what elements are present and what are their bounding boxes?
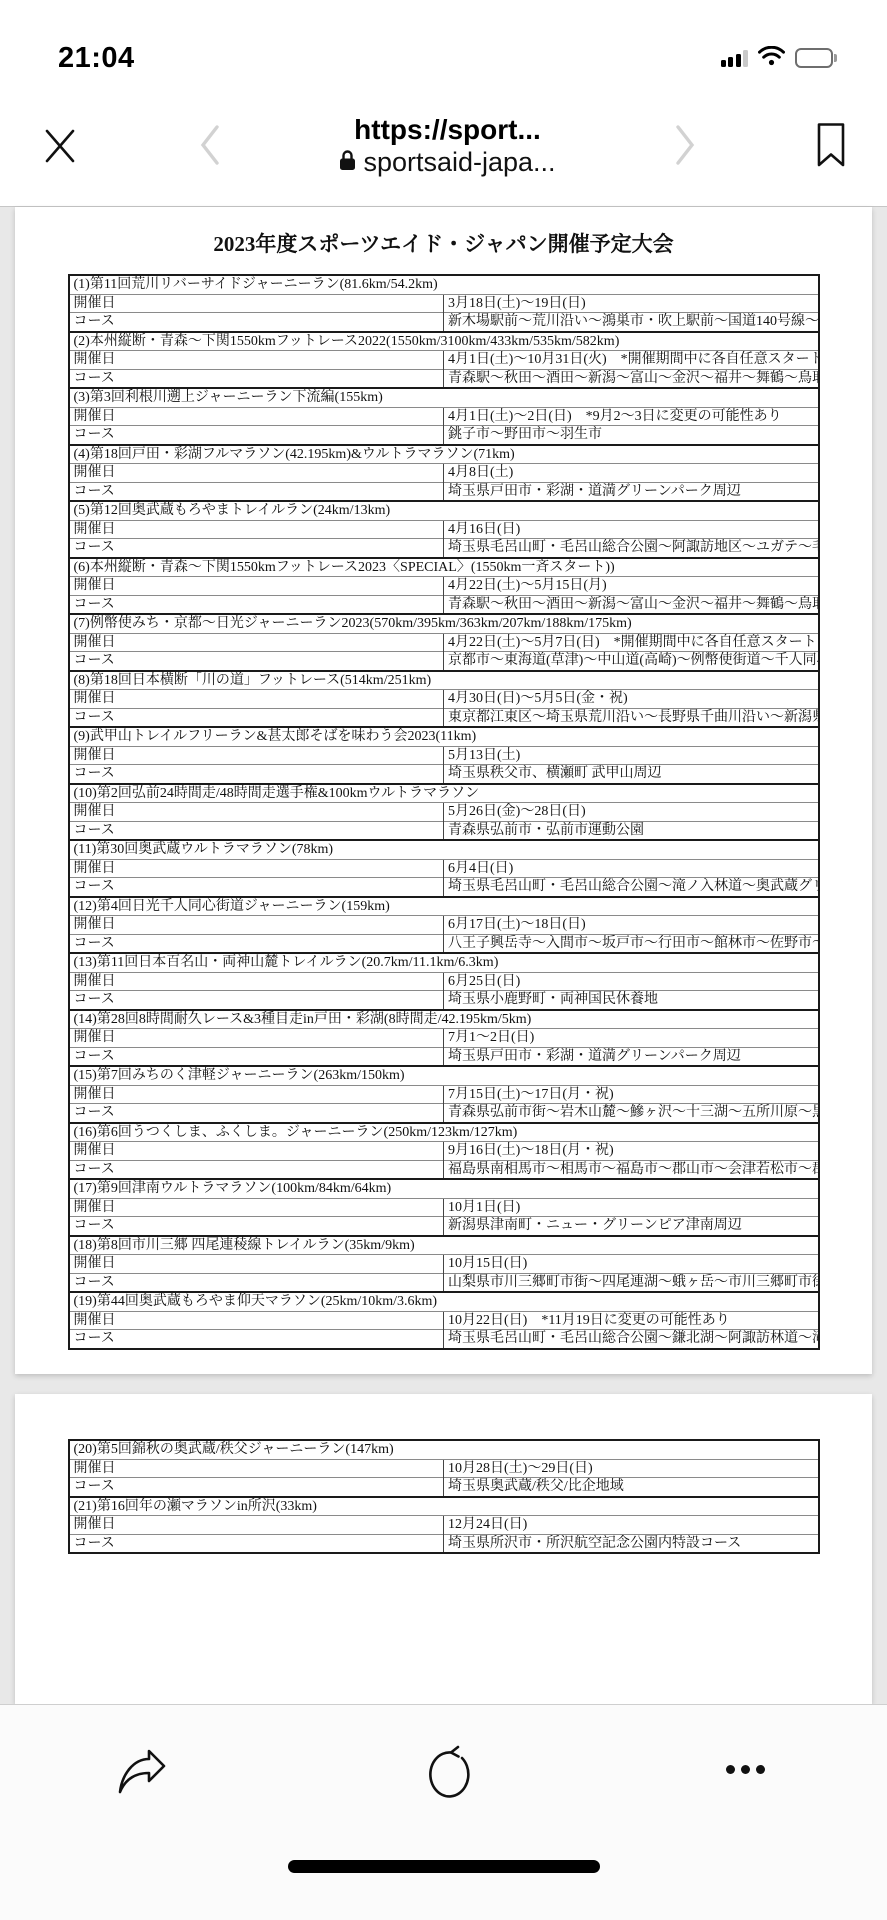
event-title: (5)第12回奥武蔵もろやまトレイルラン(24km/13km) — [69, 501, 819, 520]
event-date: 7月15日(土)〜17日(月・祝) — [444, 1085, 819, 1104]
event-date: 4月22日(土)〜5月7日(日) *開催期間中に各自任意スタート — [444, 633, 819, 652]
event-title: (15)第7回みちのく津軽ジャーニーラン(263km/150km) — [69, 1066, 819, 1085]
events-table-page2: (20)第5回錦秋の奥武蔵/秩父ジャーニーラン(147km)開催日10月28日(… — [68, 1439, 820, 1554]
course-label: コース — [69, 1160, 444, 1179]
event-date-row: 開催日4月1日(土)〜10月31日(火) *開催期間中に各自任意スタート — [69, 351, 819, 370]
page-break — [15, 1374, 872, 1394]
course-label: コース — [69, 426, 444, 445]
course-label: コース — [69, 1478, 444, 1497]
date-label: 開催日 — [69, 690, 444, 709]
forward-chevron-icon — [673, 122, 697, 171]
web-content[interactable]: 2023年度スポーツエイド・ジャパン開催予定大会 (1)第11回荒川リバーサイド… — [0, 207, 887, 1704]
event-title: (13)第11回日本百名山・両神山麓トレイルラン(20.7km/11.1km/6… — [69, 953, 819, 972]
course-label: コース — [69, 1104, 444, 1123]
course-label: コース — [69, 652, 444, 671]
event-date: 4月16日(日) — [444, 520, 819, 539]
event-title-row: (9)武甲山トレイルフリーラン&甚太郎そばを味わう会2023(11km) — [69, 727, 819, 746]
event-date: 6月17日(土)〜18日(日) — [444, 916, 819, 935]
event-title-row: (10)第2回弘前24時間走/48時間走選手権&100kmウルトラマラソン — [69, 784, 819, 803]
event-course-row: コース新潟県津南町・ニュー・グリーンピア津南周辺 — [69, 1217, 819, 1236]
close-button[interactable] — [40, 123, 80, 170]
event-title: (21)第16回年の瀬マラソンin所沢(33km) — [69, 1497, 819, 1516]
event-course-row: コース青森県弘前市街〜岩木山麓〜鰺ヶ沢〜十三湖〜五所川原〜黒石〜田舎館〜弘前市街 — [69, 1104, 819, 1123]
event-course-row: コース埼玉県奥武蔵/秩父/比企地域 — [69, 1478, 819, 1497]
event-title-row: (8)第18回日本横断「川の道」フットレース(514km/251km) — [69, 671, 819, 690]
status-time: 21:04 — [58, 42, 135, 75]
document-page-2: (20)第5回錦秋の奥武蔵/秩父ジャーニーラン(147km)開催日10月28日(… — [15, 1394, 872, 1704]
course-label: コース — [69, 1273, 444, 1292]
event-title-row: (12)第4回日光千人同心街道ジャーニーラン(159km) — [69, 897, 819, 916]
event-date: 10月28日(土)〜29日(日) — [444, 1459, 819, 1478]
status-bar: 21:04 — [0, 0, 887, 90]
event-course-row: コース青森駅〜秋田〜酒田〜新潟〜富山〜金沢〜福井〜舞鶴〜鳥取〜松江〜山口〜下関駅 — [69, 369, 819, 388]
event-date: 10月1日(日) — [444, 1198, 819, 1217]
event-date: 4月8日(土) — [444, 464, 819, 483]
lock-icon — [339, 146, 356, 178]
event-title-row: (6)本州縦断・青森〜下関1550kmフットレース2023〈SPECIAL〉(1… — [69, 558, 819, 577]
event-title-row: (16)第6回うつくしま、ふくしま。ジャーニーラン(250km/123km/12… — [69, 1123, 819, 1142]
date-label: 開催日 — [69, 407, 444, 426]
event-date-row: 開催日5月13日(土) — [69, 746, 819, 765]
date-label: 開催日 — [69, 859, 444, 878]
event-title: (8)第18回日本横断「川の道」フットレース(514km/251km) — [69, 671, 819, 690]
event-date: 5月13日(土) — [444, 746, 819, 765]
event-course: 新木場駅前〜荒川沿い〜鴻巣市・吹上駅前〜国道140号線〜西武秩父駅前 — [444, 313, 819, 332]
date-label: 開催日 — [69, 916, 444, 935]
event-course: 埼玉県戸田市・彩湖・道満グリーンパーク周辺 — [444, 482, 819, 501]
event-title: (9)武甲山トレイルフリーラン&甚太郎そばを味わう会2023(11km) — [69, 727, 819, 746]
date-label: 開催日 — [69, 464, 444, 483]
date-label: 開催日 — [69, 972, 444, 991]
event-date-row: 開催日4月22日(土)〜5月7日(日) *開催期間中に各自任意スタート — [69, 633, 819, 652]
event-date-row: 開催日9月16日(土)〜18日(月・祝) — [69, 1142, 819, 1161]
event-course-row: コース新木場駅前〜荒川沿い〜鴻巣市・吹上駅前〜国道140号線〜西武秩父駅前 — [69, 313, 819, 332]
status-icons — [721, 46, 838, 71]
event-date: 3月18日(土)〜19日(日) — [444, 294, 819, 313]
event-date-row: 開催日10月22日(日) *11月19日に変更の可能性あり — [69, 1311, 819, 1330]
event-course: 埼玉県小鹿野町・両神国民休養地 — [444, 991, 819, 1010]
event-title: (11)第30回奥武蔵ウルトラマラソン(78km) — [69, 840, 819, 859]
event-course: 新潟県津南町・ニュー・グリーンピア津南周辺 — [444, 1217, 819, 1236]
iphone-screen: 21:04 https://sport... — [0, 0, 887, 1920]
event-title: (3)第3回利根川遡上ジャーニーラン下流編(155km) — [69, 388, 819, 407]
close-icon — [40, 123, 80, 170]
event-date-row: 開催日7月15日(土)〜17日(月・祝) — [69, 1085, 819, 1104]
date-label: 開催日 — [69, 351, 444, 370]
event-date: 7月1〜2日(日) — [444, 1029, 819, 1048]
event-date: 12月24日(日) — [444, 1516, 819, 1535]
event-title: (6)本州縦断・青森〜下関1550kmフットレース2023〈SPECIAL〉(1… — [69, 558, 819, 577]
event-course: 埼玉県毛呂山町・毛呂山総合公園〜滝ノ入林道〜奥武蔵グリーンライン〜毛呂山総合公園 — [444, 878, 819, 897]
event-course-row: コース京都市〜東海道(草津)〜中山道(高崎)〜例幣使街道〜千人同心街道〜日光市 — [69, 652, 819, 671]
event-date-row: 開催日5月26日(金)〜28日(日) — [69, 803, 819, 822]
event-date-row: 開催日6月25日(日) — [69, 972, 819, 991]
event-course: 銚子市〜野田市〜羽生市 — [444, 426, 819, 445]
event-date-row: 開催日7月1〜2日(日) — [69, 1029, 819, 1048]
event-title-row: (15)第7回みちのく津軽ジャーニーラン(263km/150km) — [69, 1066, 819, 1085]
event-course-row: コース埼玉県毛呂山町・毛呂山総合公園〜鎌北湖〜阿諏訪林道〜滝ノ入林道〜毛呂山総合… — [69, 1330, 819, 1349]
event-date-row: 開催日6月17日(土)〜18日(日) — [69, 916, 819, 935]
course-label: コース — [69, 369, 444, 388]
event-course: 埼玉県戸田市・彩湖・道満グリーンパーク周辺 — [444, 1047, 819, 1066]
event-date: 10月22日(日) *11月19日に変更の可能性あり — [444, 1311, 819, 1330]
date-label: 開催日 — [69, 1516, 444, 1535]
event-date-row: 開催日4月16日(日) — [69, 520, 819, 539]
event-course: 福島県南相馬市〜相馬市〜福島市〜郡山市〜会津若松市〜郡山市 — [444, 1160, 819, 1179]
cellular-signal-icon — [721, 50, 749, 67]
event-title-row: (1)第11回荒川リバーサイドジャーニーラン(81.6km/54.2km) — [69, 275, 819, 294]
event-course-row: コース山梨県市川三郷町市街〜四尾連湖〜蛾ヶ岳〜市川三郷町市街 — [69, 1273, 819, 1292]
event-title: (20)第5回錦秋の奥武蔵/秩父ジャーニーラン(147km) — [69, 1440, 819, 1459]
event-course: 青森駅〜秋田〜酒田〜新潟〜富山〜金沢〜福井〜舞鶴〜鳥取〜松江〜山口〜下関駅 — [444, 369, 819, 388]
event-title: (7)例幣使みち・京都〜日光ジャーニーラン2023(570km/395km/36… — [69, 614, 819, 633]
date-label: 開催日 — [69, 294, 444, 313]
event-course-row: コース青森県弘前市・弘前市運動公園 — [69, 821, 819, 840]
event-date: 4月22日(土)〜5月15日(月) — [444, 577, 819, 596]
event-course-row: コース青森駅〜秋田〜酒田〜新潟〜富山〜金沢〜福井〜舞鶴〜鳥取〜松江〜山口〜下関駅 — [69, 595, 819, 614]
event-date: 4月1日(土)〜10月31日(火) *開催期間中に各自任意スタート — [444, 351, 819, 370]
event-date-row: 開催日3月18日(土)〜19日(日) — [69, 294, 819, 313]
event-title-row: (19)第44回奥武蔵もろやま仰天マラソン(25km/10km/3.6km) — [69, 1292, 819, 1311]
date-label: 開催日 — [69, 1085, 444, 1104]
event-course-row: コース埼玉県所沢市・所沢航空記念公園内特設コース — [69, 1534, 819, 1553]
course-label: コース — [69, 1330, 444, 1349]
event-date: 5月26日(金)〜28日(日) — [444, 803, 819, 822]
share-icon — [116, 1789, 170, 1804]
date-label: 開催日 — [69, 633, 444, 652]
date-label: 開催日 — [69, 1142, 444, 1161]
date-label: 開催日 — [69, 803, 444, 822]
page-title: 2023年度スポーツエイド・ジャパン開催予定大会 — [15, 228, 872, 258]
event-course-row: コース福島県南相馬市〜相馬市〜福島市〜郡山市〜会津若松市〜郡山市 — [69, 1160, 819, 1179]
course-label: コース — [69, 1217, 444, 1236]
event-date-row: 開催日4月30日(日)〜5月5日(金・祝) — [69, 690, 819, 709]
event-title-row: (13)第11回日本百名山・両神山麓トレイルラン(20.7km/11.1km/6… — [69, 953, 819, 972]
event-date: 10月15日(日) — [444, 1255, 819, 1274]
event-course: 八王子興岳寺〜入間市〜坂戸市〜行田市〜館林市〜佐野市〜栃木市〜日光東照宮 — [444, 934, 819, 953]
event-date: 6月4日(日) — [444, 859, 819, 878]
event-course-row: コース銚子市〜野田市〜羽生市 — [69, 426, 819, 445]
event-course-row: コース埼玉県戸田市・彩湖・道満グリーンパーク周辺 — [69, 482, 819, 501]
event-title-row: (3)第3回利根川遡上ジャーニーラン下流編(155km) — [69, 388, 819, 407]
event-course: 京都市〜東海道(草津)〜中山道(高崎)〜例幣使街道〜千人同心街道〜日光市 — [444, 652, 819, 671]
share-button[interactable] — [116, 1745, 170, 1804]
event-date-row: 開催日10月28日(土)〜29日(日) — [69, 1459, 819, 1478]
event-course-row: コース埼玉県戸田市・彩湖・道満グリーンパーク周辺 — [69, 1047, 819, 1066]
url-bar[interactable]: https://sport... sportsaid-japa... — [339, 114, 555, 178]
event-date: 9月16日(土)〜18日(月・祝) — [444, 1142, 819, 1161]
event-date-row: 開催日6月4日(日) — [69, 859, 819, 878]
url-domain: sportsaid-japa... — [363, 146, 555, 178]
home-indicator[interactable] — [288, 1860, 600, 1873]
reload-icon — [423, 1789, 473, 1804]
date-label: 開催日 — [69, 1198, 444, 1217]
document-page-1: 2023年度スポーツエイド・ジャパン開催予定大会 (1)第11回荒川リバーサイド… — [15, 207, 872, 1374]
course-label: コース — [69, 595, 444, 614]
event-course: 埼玉県毛呂山町・毛呂山総合公園〜鎌北湖〜阿諏訪林道〜滝ノ入林道〜毛呂山総合公園 — [444, 1330, 819, 1349]
event-date-row: 開催日4月22日(土)〜5月15日(月) — [69, 577, 819, 596]
date-label: 開催日 — [69, 1459, 444, 1478]
event-title: (4)第18回戸田・彩湖フルマラソン(42.195km)&ウルトラマラソン(71… — [69, 445, 819, 464]
bookmark-button[interactable] — [815, 122, 847, 171]
event-course: 青森県弘前市・弘前市運動公園 — [444, 821, 819, 840]
event-course: 青森駅〜秋田〜酒田〜新潟〜富山〜金沢〜福井〜舞鶴〜鳥取〜松江〜山口〜下関駅 — [444, 595, 819, 614]
event-date: 4月30日(日)〜5月5日(金・祝) — [444, 690, 819, 709]
event-date-row: 開催日12月24日(日) — [69, 1516, 819, 1535]
battery-icon — [795, 48, 837, 68]
event-title: (10)第2回弘前24時間走/48時間走選手権&100kmウルトラマラソン — [69, 784, 819, 803]
event-date: 4月1日(土)〜2日(日) *9月2〜3日に変更の可能性あり — [444, 407, 819, 426]
event-title-row: (5)第12回奥武蔵もろやまトレイルラン(24km/13km) — [69, 501, 819, 520]
course-label: コース — [69, 821, 444, 840]
course-label: コース — [69, 878, 444, 897]
event-title: (17)第9回津南ウルトラマラソン(100km/84km/64km) — [69, 1179, 819, 1198]
course-label: コース — [69, 539, 444, 558]
back-chevron-icon — [198, 122, 222, 171]
course-label: コース — [69, 708, 444, 727]
event-course-row: コース埼玉県毛呂山町・毛呂山総合公園〜阿諏訪地区〜ユガテ〜毛呂山総合公園 — [69, 539, 819, 558]
url-title: https://sport... — [339, 114, 555, 146]
bottom-toolbar — [0, 1704, 887, 1920]
event-title: (12)第4回日光千人同心街道ジャーニーラン(159km) — [69, 897, 819, 916]
event-title-row: (21)第16回年の瀬マラソンin所沢(33km) — [69, 1497, 819, 1516]
event-course: 埼玉県所沢市・所沢航空記念公園内特設コース — [444, 1534, 819, 1553]
event-title-row: (11)第30回奥武蔵ウルトラマラソン(78km) — [69, 840, 819, 859]
wifi-icon — [758, 46, 785, 71]
event-course-row: コース八王子興岳寺〜入間市〜坂戸市〜行田市〜館林市〜佐野市〜栃木市〜日光東照宮 — [69, 934, 819, 953]
event-title: (1)第11回荒川リバーサイドジャーニーラン(81.6km/54.2km) — [69, 275, 819, 294]
event-date-row: 開催日10月15日(日) — [69, 1255, 819, 1274]
bookmark-icon — [815, 122, 847, 171]
event-title-row: (4)第18回戸田・彩湖フルマラソン(42.195km)&ウルトラマラソン(71… — [69, 445, 819, 464]
date-label: 開催日 — [69, 577, 444, 596]
event-date-row: 開催日10月1日(日) — [69, 1198, 819, 1217]
event-course: 青森県弘前市街〜岩木山麓〜鰺ヶ沢〜十三湖〜五所川原〜黒石〜田舎館〜弘前市街 — [444, 1104, 819, 1123]
event-date-row: 開催日4月1日(土)〜2日(日) *9月2〜3日に変更の可能性あり — [69, 407, 819, 426]
forward-button[interactable] — [673, 122, 697, 171]
event-course-row: コース東京都江東区〜埼玉県荒川沿い〜長野県千曲川沿い〜新潟県信濃川沿い〜新潟市 — [69, 708, 819, 727]
event-title: (14)第28回8時間耐久レース&3種目走in戸田・彩湖(8時間走/42.195… — [69, 1010, 819, 1029]
browser-chrome: 21:04 https://sport... — [0, 0, 887, 207]
event-title: (2)本州縦断・青森〜下関1550kmフットレース2022(1550km/310… — [69, 332, 819, 351]
event-course: 埼玉県秩父市、横瀬町 武甲山周辺 — [444, 765, 819, 784]
event-title-row: (14)第28回8時間耐久レース&3種目走in戸田・彩湖(8時間走/42.195… — [69, 1010, 819, 1029]
event-title-row: (7)例幣使みち・京都〜日光ジャーニーラン2023(570km/395km/36… — [69, 614, 819, 633]
event-title-row: (2)本州縦断・青森〜下関1550kmフットレース2022(1550km/310… — [69, 332, 819, 351]
event-date-row: 開催日4月8日(土) — [69, 464, 819, 483]
more-icon — [726, 1765, 765, 1774]
reload-button[interactable] — [423, 1745, 473, 1804]
browser-toolbar: https://sport... sportsaid-japa... — [0, 90, 887, 206]
event-title-row: (20)第5回錦秋の奥武蔵/秩父ジャーニーラン(147km) — [69, 1440, 819, 1459]
date-label: 開催日 — [69, 1311, 444, 1330]
date-label: 開催日 — [69, 520, 444, 539]
date-label: 開催日 — [69, 1255, 444, 1274]
event-title: (19)第44回奥武蔵もろやま仰天マラソン(25km/10km/3.6km) — [69, 1292, 819, 1311]
course-label: コース — [69, 482, 444, 501]
event-title-row: (18)第8回市川三郷 四尾連稜線トレイルラン(35km/9km) — [69, 1236, 819, 1255]
course-label: コース — [69, 934, 444, 953]
event-title-row: (17)第9回津南ウルトラマラソン(100km/84km/64km) — [69, 1179, 819, 1198]
events-table-page1: (1)第11回荒川リバーサイドジャーニーラン(81.6km/54.2km)開催日… — [68, 274, 820, 1350]
course-label: コース — [69, 1534, 444, 1553]
event-course-row: コース埼玉県秩父市、横瀬町 武甲山周辺 — [69, 765, 819, 784]
event-course: 埼玉県毛呂山町・毛呂山総合公園〜阿諏訪地区〜ユガテ〜毛呂山総合公園 — [444, 539, 819, 558]
event-title: (18)第8回市川三郷 四尾連稜線トレイルラン(35km/9km) — [69, 1236, 819, 1255]
event-course-row: コース埼玉県毛呂山町・毛呂山総合公園〜滝ノ入林道〜奥武蔵グリーンライン〜毛呂山総… — [69, 878, 819, 897]
date-label: 開催日 — [69, 746, 444, 765]
date-label: 開催日 — [69, 1029, 444, 1048]
event-course-row: コース埼玉県小鹿野町・両神国民休養地 — [69, 991, 819, 1010]
course-label: コース — [69, 765, 444, 784]
more-button[interactable] — [726, 1745, 765, 1774]
course-label: コース — [69, 313, 444, 332]
event-date: 6月25日(日) — [444, 972, 819, 991]
event-course: 東京都江東区〜埼玉県荒川沿い〜長野県千曲川沿い〜新潟県信濃川沿い〜新潟市 — [444, 708, 819, 727]
course-label: コース — [69, 1047, 444, 1066]
course-label: コース — [69, 991, 444, 1010]
event-course: 山梨県市川三郷町市街〜四尾連湖〜蛾ヶ岳〜市川三郷町市街 — [444, 1273, 819, 1292]
event-title: (16)第6回うつくしま、ふくしま。ジャーニーラン(250km/123km/12… — [69, 1123, 819, 1142]
back-button[interactable] — [198, 122, 222, 171]
event-course: 埼玉県奥武蔵/秩父/比企地域 — [444, 1478, 819, 1497]
